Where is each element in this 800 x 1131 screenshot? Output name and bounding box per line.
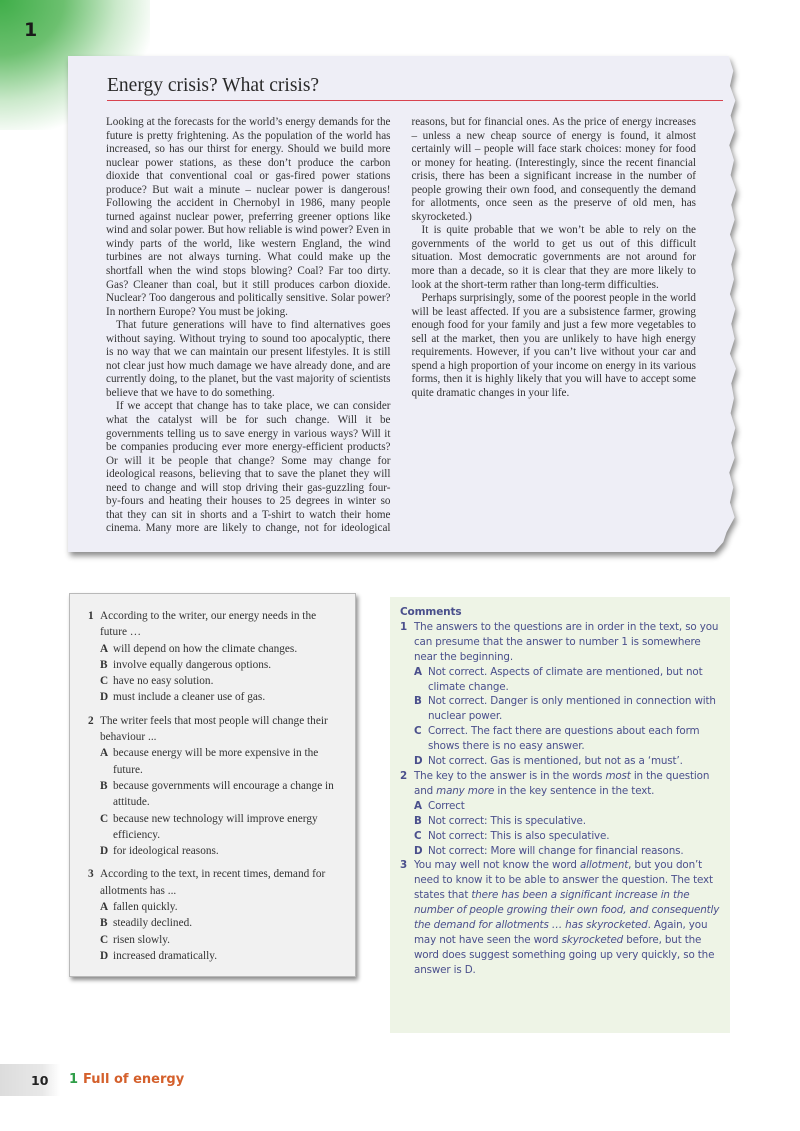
comment-segment: in the key sentence in the text. bbox=[494, 785, 654, 797]
question-2: 2 The writer feels that most people will… bbox=[88, 713, 345, 860]
question-stem: According to the writer, our energy need… bbox=[100, 608, 345, 641]
option-text: will depend on how the climate changes. bbox=[113, 641, 345, 657]
option-letter: B bbox=[100, 657, 113, 673]
comment-segment: The answers to the questions are in orde… bbox=[414, 621, 718, 663]
comment-option-letter: D bbox=[414, 754, 428, 769]
article-body: Looking at the forecasts for the world’s… bbox=[106, 116, 696, 536]
option-letter: B bbox=[100, 915, 113, 931]
option-text: for ideological reasons. bbox=[113, 843, 345, 859]
article-paragraph: That future generations will have to fin… bbox=[106, 319, 391, 400]
comment-option-text: Not correct: This is also speculative. bbox=[428, 829, 722, 844]
option-text: must include a cleaner use of gas. bbox=[113, 689, 345, 705]
comments-title: Comments bbox=[400, 605, 722, 620]
option-text: involve equally dangerous options. bbox=[113, 657, 345, 673]
comment-option-text: Not correct. Danger is only mentioned in… bbox=[428, 694, 722, 724]
comment-number: 2 bbox=[400, 769, 414, 858]
comment-option-text: Not correct: More will change for financ… bbox=[428, 844, 722, 859]
comment-option-text: Not correct. Aspects of climate are ment… bbox=[428, 665, 722, 695]
comment-option-letter: A bbox=[414, 799, 428, 814]
comment-quote: skyrocketed bbox=[562, 934, 623, 946]
comment-option: DNot correct: More will change for finan… bbox=[414, 844, 722, 859]
question-option: Dfor ideological reasons. bbox=[88, 843, 345, 859]
question-option: Abecause energy will be more expensive i… bbox=[88, 745, 345, 778]
option-letter: A bbox=[100, 641, 113, 657]
question-number: 3 bbox=[88, 866, 100, 899]
comment-option-letter: B bbox=[414, 694, 428, 724]
question-option: Crisen slowly. bbox=[88, 932, 345, 948]
comment-option-letter: C bbox=[414, 829, 428, 844]
option-text: because energy will be more expensive in… bbox=[113, 745, 345, 778]
article-panel: Energy crisis? What crisis? Looking at t… bbox=[68, 56, 738, 552]
option-letter: C bbox=[100, 932, 113, 948]
option-text: because new technology will improve ener… bbox=[113, 811, 345, 844]
comment-item: 2The key to the answer is in the words m… bbox=[400, 769, 722, 858]
comment-option: BNot correct. Danger is only mentioned i… bbox=[414, 694, 722, 724]
article-paragraph: Looking at the forecasts for the world’s… bbox=[106, 116, 391, 319]
comment-item: 3You may well not know the word allotmen… bbox=[400, 858, 722, 977]
question-number: 1 bbox=[88, 608, 100, 641]
question-option: Dmust include a cleaner use of gas. bbox=[88, 689, 345, 705]
comment-body: The answers to the questions are in orde… bbox=[414, 620, 722, 769]
option-text: because governments will encourage a cha… bbox=[113, 778, 345, 811]
article-card: Energy crisis? What crisis? Looking at t… bbox=[68, 56, 738, 552]
comment-quote: most bbox=[605, 770, 630, 782]
comment-number: 3 bbox=[400, 858, 414, 977]
option-text: risen slowly. bbox=[113, 932, 345, 948]
comment-quote: allotment bbox=[580, 859, 628, 871]
option-letter: B bbox=[100, 778, 113, 811]
comment-option-text: Not correct. Gas is mentioned, but not a… bbox=[428, 754, 722, 769]
comment-option-letter: C bbox=[414, 724, 428, 754]
comment-option: DNot correct. Gas is mentioned, but not … bbox=[414, 754, 722, 769]
comment-number: 1 bbox=[400, 620, 414, 769]
question-1: 1 According to the writer, our energy ne… bbox=[88, 608, 345, 706]
comment-option: BNot correct: This is speculative. bbox=[414, 814, 722, 829]
option-text: steadily declined. bbox=[113, 915, 345, 931]
comment-option-letter: A bbox=[414, 665, 428, 695]
option-letter: D bbox=[100, 948, 113, 964]
option-text: fallen quickly. bbox=[113, 899, 345, 915]
comment-option: ANot correct. Aspects of climate are men… bbox=[414, 665, 722, 695]
comment-option: ACorrect bbox=[414, 799, 722, 814]
comment-text: You may well not know the word allotment… bbox=[414, 858, 722, 977]
question-option: Chave no easy solution. bbox=[88, 673, 345, 689]
question-option: Binvolve equally dangerous options. bbox=[88, 657, 345, 673]
page-number: 10 bbox=[31, 1073, 48, 1088]
question-number: 2 bbox=[88, 713, 100, 746]
option-letter: D bbox=[100, 843, 113, 859]
comment-option-letter: B bbox=[414, 814, 428, 829]
question-option: Awill depend on how the climate changes. bbox=[88, 641, 345, 657]
comment-segment: You may well not know the word bbox=[414, 859, 580, 871]
comment-option-text: Correct. The fact there are questions ab… bbox=[428, 724, 722, 754]
comment-body: The key to the answer is in the words mo… bbox=[414, 769, 722, 858]
question-option: Bsteadily declined. bbox=[88, 915, 345, 931]
comment-option: CCorrect. The fact there are questions a… bbox=[414, 724, 722, 754]
comment-segment: The key to the answer is in the words bbox=[414, 770, 605, 782]
question-option: Cbecause new technology will improve ene… bbox=[88, 811, 345, 844]
question-stem: According to the text, in recent times, … bbox=[100, 866, 345, 899]
comments-panel: Comments 1The answers to the questions a… bbox=[390, 597, 730, 1033]
footer-unit-number: 1 bbox=[69, 1072, 78, 1087]
article-title: Energy crisis? What crisis? bbox=[107, 75, 723, 101]
option-letter: A bbox=[100, 745, 113, 778]
questions-box: 1 According to the writer, our energy ne… bbox=[69, 593, 356, 977]
comment-option: CNot correct: This is also speculative. bbox=[414, 829, 722, 844]
question-option: Bbecause governments will encourage a ch… bbox=[88, 778, 345, 811]
comment-option-letter: D bbox=[414, 844, 428, 859]
question-option: Dincreased dramatically. bbox=[88, 948, 345, 964]
comment-item: 1The answers to the questions are in ord… bbox=[400, 620, 722, 769]
question-3: 3 According to the text, in recent times… bbox=[88, 866, 345, 964]
comment-option-text: Correct bbox=[428, 799, 722, 814]
comment-text: The key to the answer is in the words mo… bbox=[414, 769, 722, 799]
option-text: increased dramatically. bbox=[113, 948, 345, 964]
article-paragraph: Perhaps surprisingly, some of the poores… bbox=[412, 292, 697, 400]
footer-unit-title: Full of energy bbox=[83, 1072, 184, 1087]
footer-unit-label: 1Full of energy bbox=[69, 1072, 184, 1087]
comment-text: The answers to the questions are in orde… bbox=[414, 620, 722, 665]
comment-body: You may well not know the word allotment… bbox=[414, 858, 722, 977]
unit-badge: 1 bbox=[24, 19, 37, 41]
comment-option-text: Not correct: This is speculative. bbox=[428, 814, 722, 829]
article-paragraph: It is quite probable that we won’t be ab… bbox=[412, 224, 697, 292]
option-letter: A bbox=[100, 899, 113, 915]
option-letter: D bbox=[100, 689, 113, 705]
option-letter: C bbox=[100, 811, 113, 844]
question-stem: The writer feels that most people will c… bbox=[100, 713, 345, 746]
option-letter: C bbox=[100, 673, 113, 689]
option-text: have no easy solution. bbox=[113, 673, 345, 689]
comments-list: 1The answers to the questions are in ord… bbox=[400, 620, 722, 978]
comment-quote: many more bbox=[436, 785, 494, 797]
footer-page-tab bbox=[0, 1064, 60, 1096]
question-option: Afallen quickly. bbox=[88, 899, 345, 915]
